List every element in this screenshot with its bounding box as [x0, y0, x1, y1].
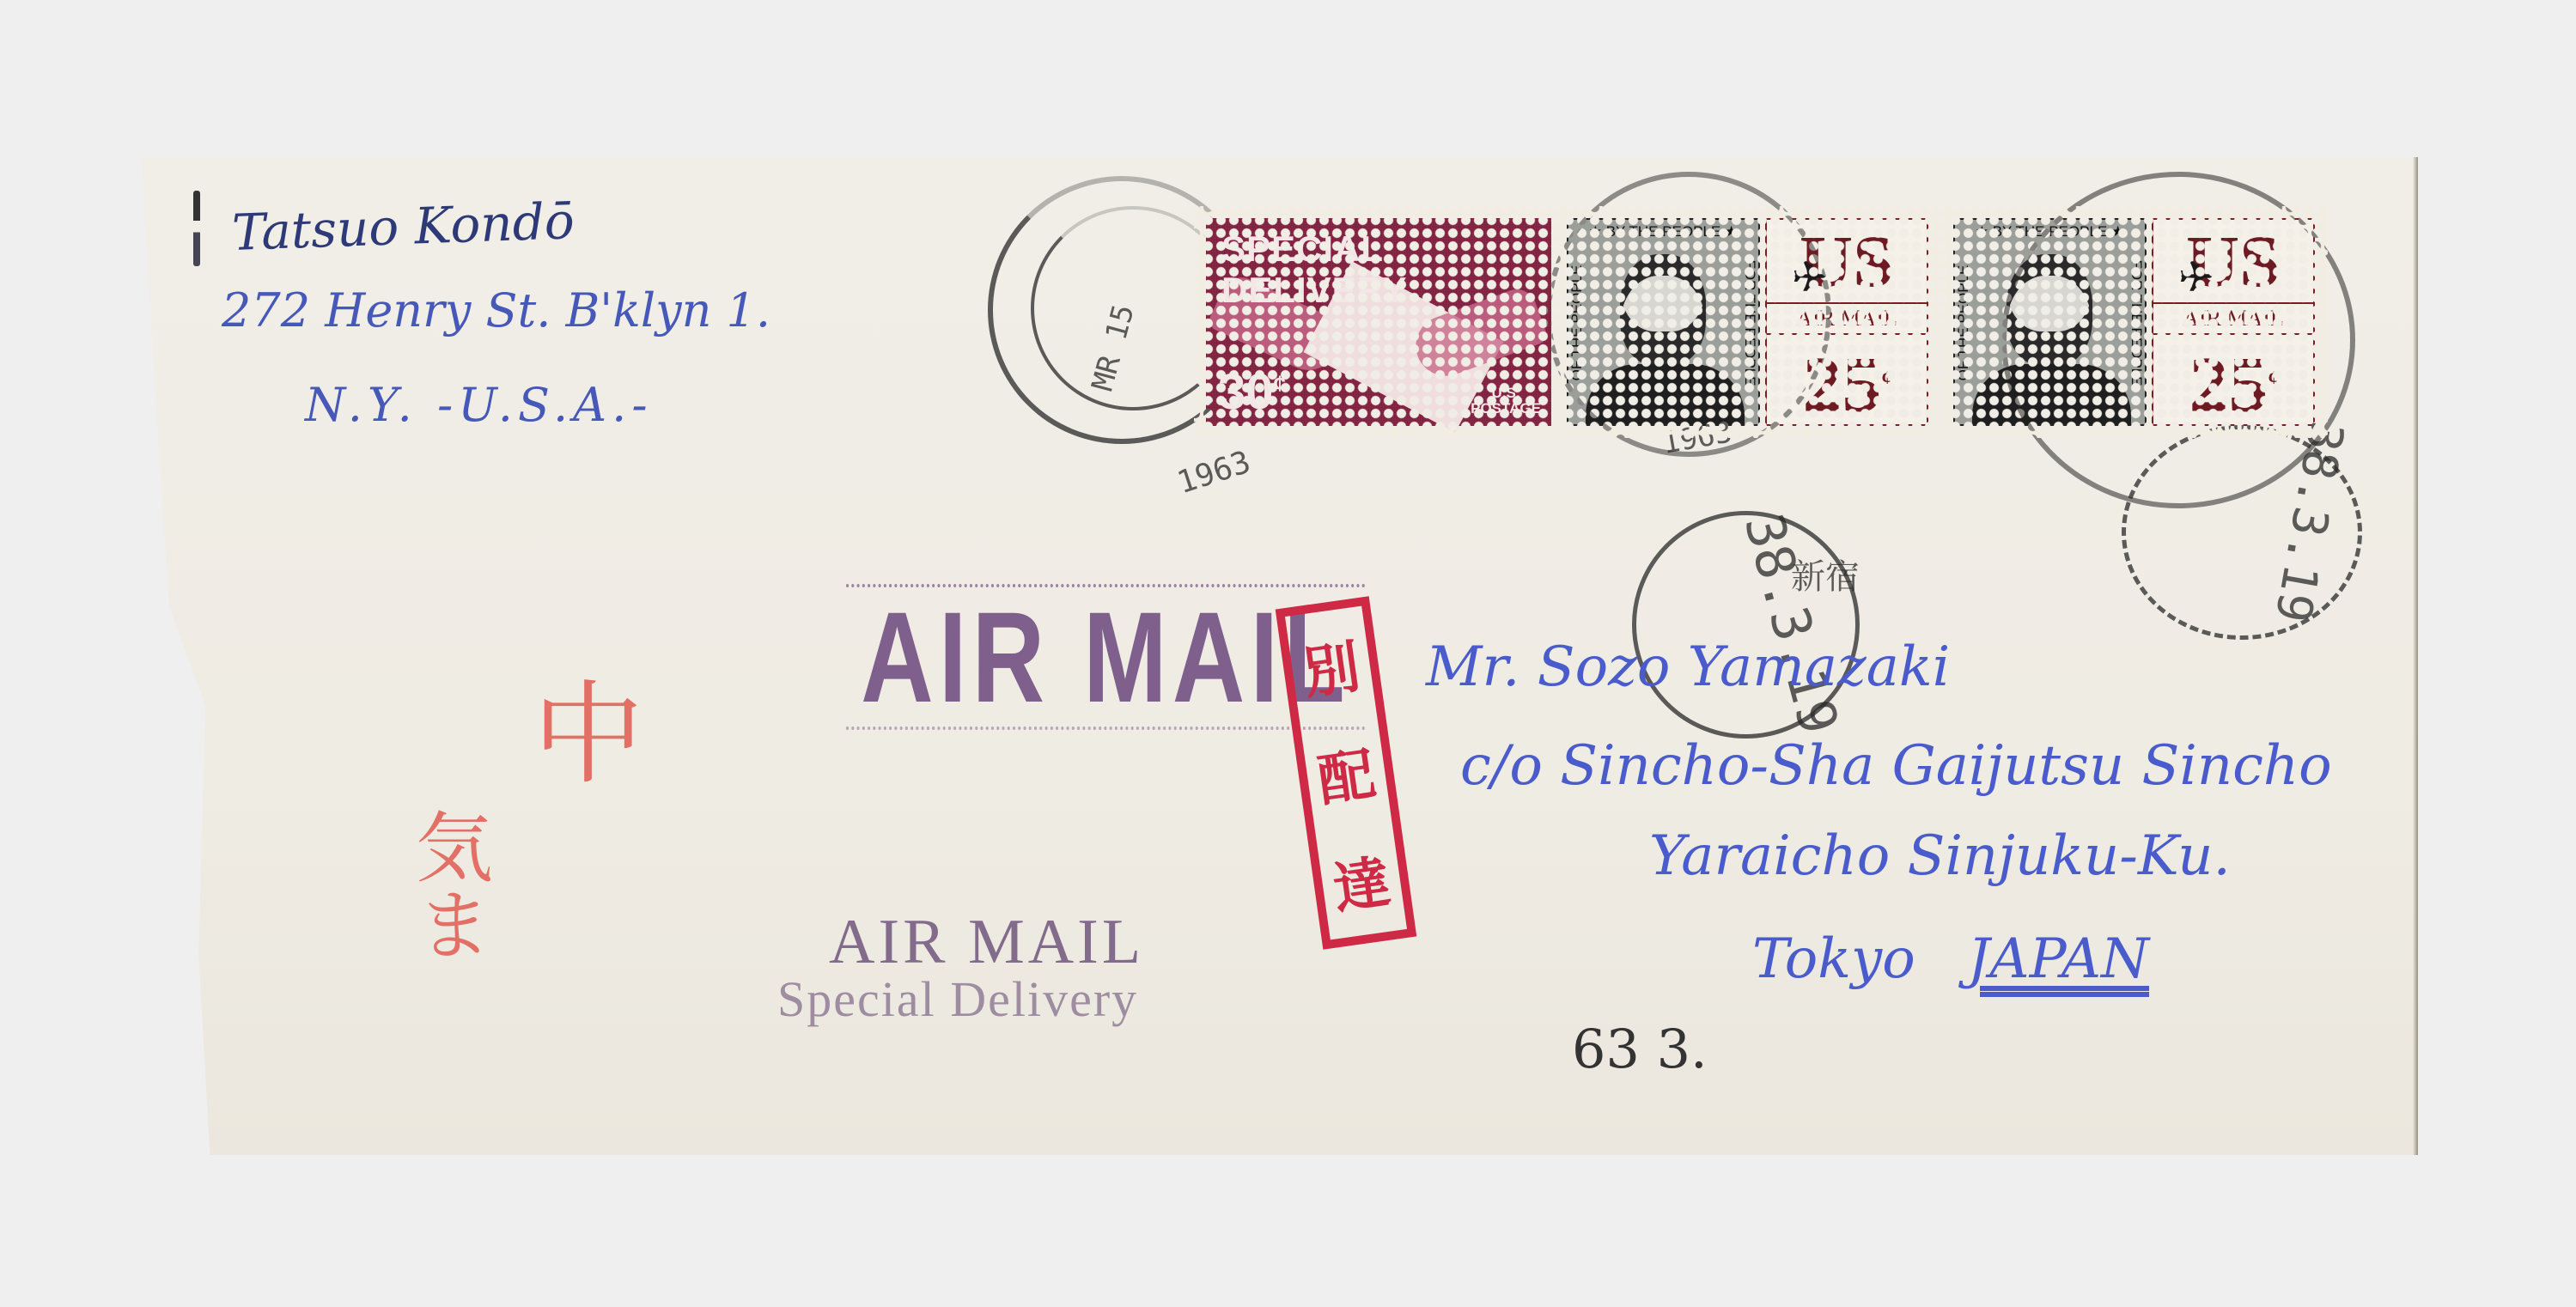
airmail-cachet-small: AIR MAIL — [829, 906, 1144, 979]
recipient-name: Mr. Sozo Yamazaki — [1426, 635, 1950, 699]
sender-name: Tatsuo Kondō — [231, 191, 575, 262]
stamp-title: SPECIAL DELIVERY — [1221, 228, 1551, 311]
airmail-value-panel: ✈US AIR MAIL 25¢ — [1765, 218, 1928, 426]
pencil-note: 63 3. — [1572, 1018, 1708, 1080]
portrait-head — [2007, 254, 2092, 366]
sender-street: 272 Henry St. B'klyn 1. — [222, 283, 770, 337]
recipient-city-country: Tokyo JAPAN — [1752, 927, 2149, 991]
stamp-value: 30¢ — [1218, 363, 1286, 421]
recipient-district: Yaraicho Sinjuku-Ku. — [1649, 824, 2231, 888]
special-delivery-cachet: Special Delivery — [777, 970, 1138, 1028]
stamp-country: U.S.POSTAGE — [1471, 386, 1541, 417]
red-crayon-mark: 中 — [533, 678, 644, 790]
airplane-icon: ✈ — [1793, 237, 1827, 319]
lincoln-portrait: ★ BY THE PEOPLE ★ OF THE PEOPLE FOR THE … — [1953, 218, 2147, 426]
portrait-body — [1586, 364, 1745, 424]
recipient-care-of: c/o Sincho-Sha Gaijutsu Sincho — [1460, 734, 2332, 798]
red-crayon-side-mark: 気ま — [408, 807, 485, 962]
airplane-icon: ✈ — [2179, 237, 2214, 319]
japan-postmark-office: 新宿 — [1791, 550, 1860, 599]
lincoln-portrait: ★ BY THE PEOPLE ★ OF THE PEOPLE FOR THE … — [1567, 218, 1760, 426]
sender-city: N.Y. -U.S.A.- — [305, 378, 653, 432]
airmail-stamp-1: ★ BY THE PEOPLE ★ OF THE PEOPLE FOR THE … — [1555, 206, 1941, 438]
portrait-head — [1620, 254, 1706, 366]
airmail-stamp-2: ★ BY THE PEOPLE ★ OF THE PEOPLE FOR THE … — [1941, 206, 2328, 438]
staple — [193, 191, 200, 266]
portrait-body — [1972, 364, 2131, 424]
airmail-value-panel: ✈US AIR MAIL 25¢ — [2152, 218, 2315, 426]
special-delivery-stamp: SPECIAL DELIVERY 30¢ U.S.POSTAGE — [1194, 206, 1563, 438]
